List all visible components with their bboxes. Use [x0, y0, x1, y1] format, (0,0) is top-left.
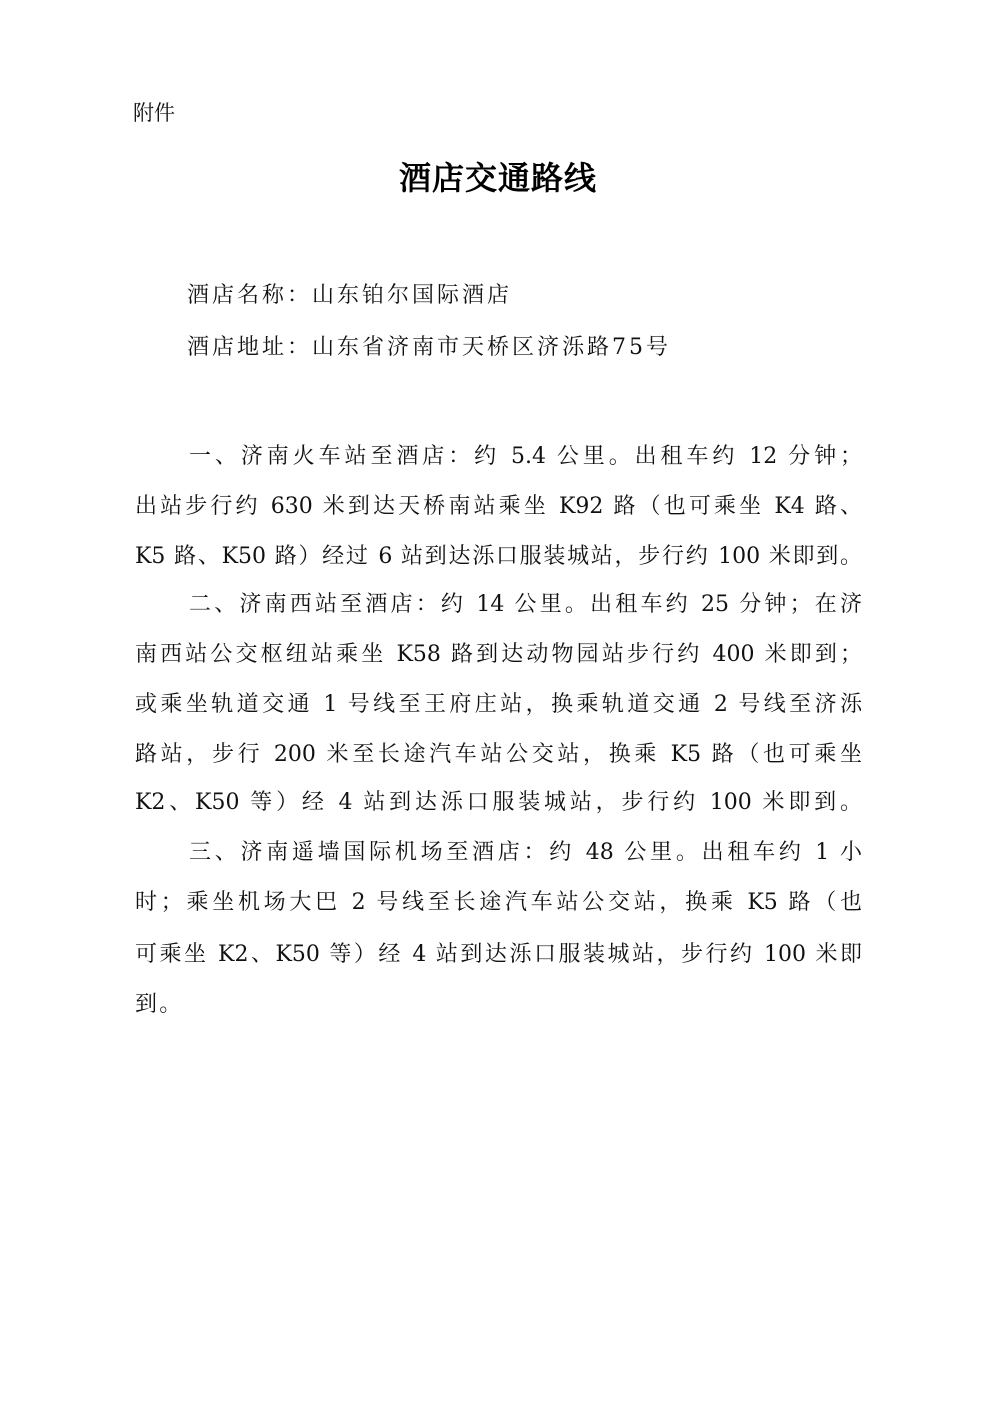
paragraph-line: 时；乘坐机场大巴 2 号线至长途汽车站公交站，换乘 K5 路（也	[135, 888, 862, 918]
attachment-label: 附件	[133, 98, 175, 128]
paragraph-line: 一、济南火车站至酒店：约 5.4 公里。出租车约 12 分钟；	[189, 442, 862, 472]
hotel-address-line: 酒店地址：山东省济南市天桥区济泺路75号	[187, 333, 671, 363]
document-page: 附件 酒店交通路线 酒店名称：山东铂尔国际酒店 酒店地址：山东省济南市天桥区济泺…	[0, 0, 992, 1403]
paragraph-line: 可乘坐 K2、K50 等）经 4 站到达泺口服装城站，步行约 100 米即	[135, 940, 862, 970]
paragraph-line: 路站，步行 200 米至长途汽车站公交站，换乘 K5 路（也可乘坐	[135, 740, 862, 770]
paragraph-line: 三、济南遥墙国际机场至酒店：约 48 公里。出租车约 1 小	[189, 838, 862, 868]
paragraph-line: K5 路、K50 路）经过 6 站到达泺口服装城站，步行约 100 米即到。	[135, 542, 862, 572]
paragraph-line: 南西站公交枢纽站乘坐 K58 路到达动物园站步行约 400 米即到；	[135, 640, 862, 670]
hotel-name-line: 酒店名称：山东铂尔国际酒店	[187, 281, 512, 311]
page-title: 酒店交通路线	[0, 155, 992, 201]
paragraph-line: 出站步行约 630 米到达天桥南站乘坐 K92 路（也可乘坐 K4 路、	[135, 492, 862, 522]
paragraph-line: 或乘坐轨道交通 1 号线至王府庄站，换乘轨道交通 2 号线至济泺	[135, 690, 862, 720]
paragraph-line: 二、济南西站至酒店：约 14 公里。出租车约 25 分钟；在济	[189, 590, 862, 620]
paragraph-line: 到。	[135, 990, 862, 1020]
paragraph-line: K2、K50 等）经 4 站到达泺口服装城站，步行约 100 米即到。	[135, 788, 862, 818]
